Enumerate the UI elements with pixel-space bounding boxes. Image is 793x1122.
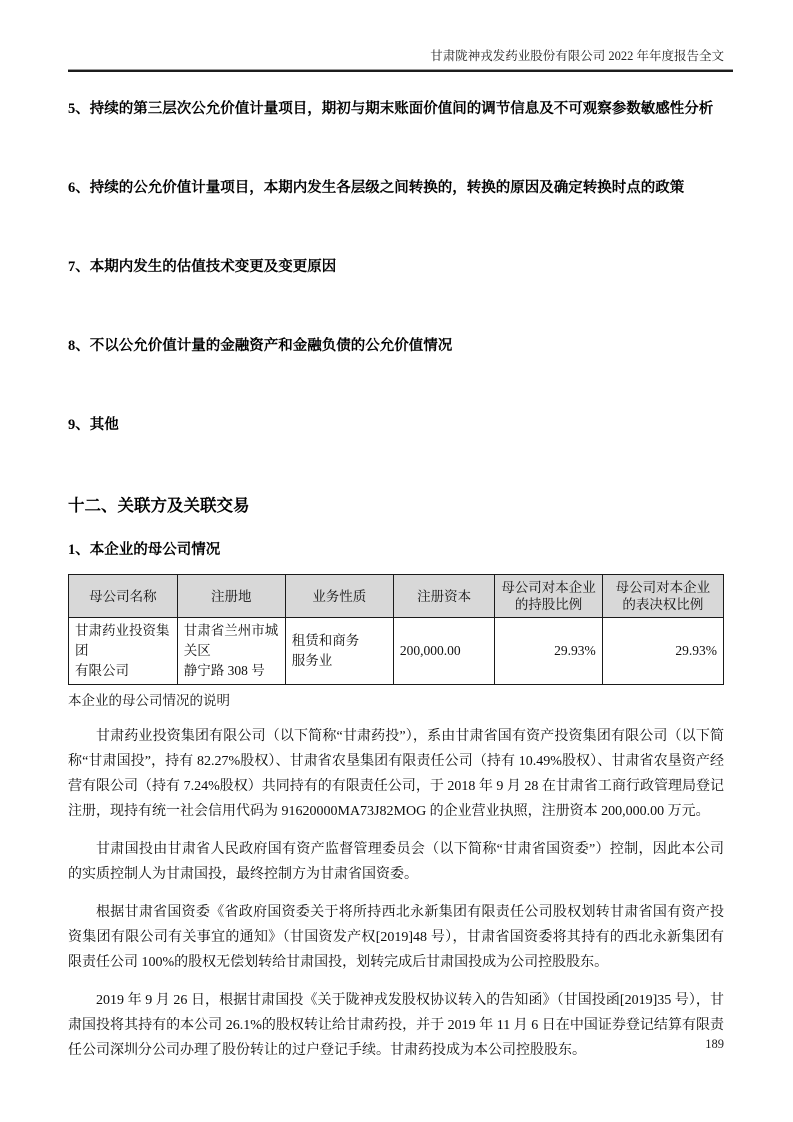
section-heading-5: 5、持续的第三层次公允价值计量项目，期初与期末账面价值间的调节信息及不可观察参数… — [68, 99, 724, 120]
table-note: 本企业的母公司情况的说明 — [68, 691, 724, 710]
column-header-voting-ratio: 母公司对本企业 的表决权比例 — [602, 575, 723, 618]
table-header-row: 母公司名称 注册地 业务性质 注册资本 母公司对本企业 的持股比例 母公司对本企… — [69, 575, 724, 618]
section-heading-8: 8、不以公允价值计量的金融资产和金融负债的公允价值情况 — [68, 336, 724, 357]
section-heading-9: 9、其他 — [68, 415, 724, 436]
cell-registered-capital: 200,000.00 — [393, 618, 495, 685]
column-header-registered-capital: 注册资本 — [393, 575, 495, 618]
cell-registered-place: 甘肃省兰州市城 关区 静宁路 308 号 — [177, 618, 285, 685]
paragraph-actual-controller: 甘肃国投由甘肃省人民政府国有资产监督管理委员会（以下简称“甘肃省国资委”）控制，… — [68, 837, 724, 887]
page-number: 189 — [705, 1037, 724, 1052]
section-heading-6: 6、持续的公允价值计量项目，本期内发生各层级之间转换的，转换的原因及确定转换时点… — [68, 178, 724, 199]
chapter-heading-related-parties: 十二、关联方及关联交易 — [68, 494, 724, 518]
page-content: 5、持续的第三层次公允价值计量项目，期初与期末账面价值间的调节信息及不可观察参数… — [0, 99, 793, 1063]
paragraph-equity-transfer-2019-35: 2019 年 9 月 26 日，根据甘肃国投《关于陇神戎发股权协议转入的告知函》… — [68, 988, 724, 1063]
header-divider — [68, 69, 733, 72]
cell-holding-ratio: 29.93% — [495, 618, 602, 685]
paragraph-parent-company-intro: 甘肃药业投资集团有限公司（以下简称“甘肃药投”），系由甘肃省国有资产投资集团有限… — [68, 724, 724, 824]
paragraph-equity-transfer-2019-48: 根据甘肃省国资委《省政府国资委关于将所持西北永新集团有限责任公司股权划转甘肃省国… — [68, 900, 724, 975]
column-header-registered-place: 注册地 — [177, 575, 285, 618]
cell-voting-ratio: 29.93% — [602, 618, 723, 685]
report-page: 甘肃陇神戎发药业股份有限公司 2022 年年度报告全文 5、持续的第三层次公允价… — [0, 0, 793, 1122]
header-title: 甘肃陇神戎发药业股份有限公司 2022 年年度报告全文 — [430, 49, 724, 63]
table-row: 甘肃药业投资集 团 有限公司 甘肃省兰州市城 关区 静宁路 308 号 租赁和商… — [69, 618, 724, 685]
column-header-holding-ratio: 母公司对本企业 的持股比例 — [495, 575, 602, 618]
column-header-business-nature: 业务性质 — [285, 575, 393, 618]
column-header-parent-name: 母公司名称 — [69, 575, 178, 618]
page-header: 甘肃陇神戎发药业股份有限公司 2022 年年度报告全文 — [0, 0, 793, 64]
cell-parent-name: 甘肃药业投资集 团 有限公司 — [69, 618, 178, 685]
subsection-heading-parent-company: 1、本企业的母公司情况 — [68, 540, 724, 560]
parent-company-table: 母公司名称 注册地 业务性质 注册资本 母公司对本企业 的持股比例 母公司对本企… — [68, 574, 724, 685]
cell-business-nature: 租赁和商务 服务业 — [285, 618, 393, 685]
section-heading-7: 7、本期内发生的估值技术变更及变更原因 — [68, 257, 724, 278]
